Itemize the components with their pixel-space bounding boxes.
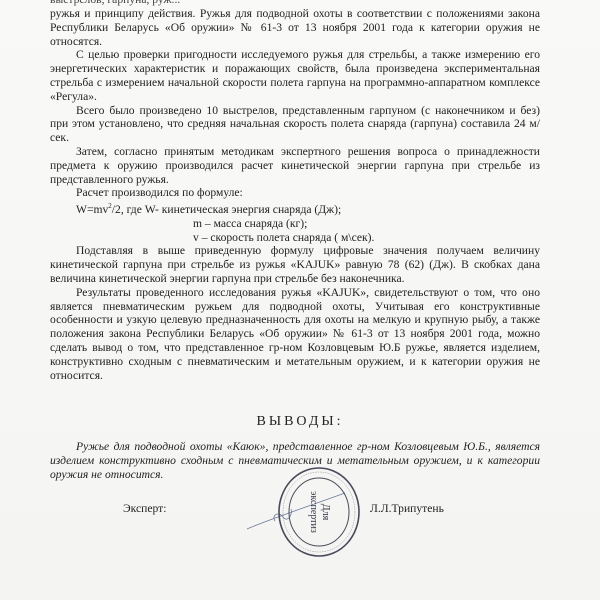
cut-off-top-line: выстрелов, гарпуна, руж... <box>50 0 540 7</box>
body-text: ружья и принципу действия. Ружья для под… <box>50 7 540 382</box>
expert-name: Л.Л.Трипутень <box>370 502 444 515</box>
expert-label: Эксперт: <box>123 502 166 515</box>
official-stamp: Для экспертиз <box>276 465 362 559</box>
svg-text:экспертиз: экспертиз <box>308 491 319 533</box>
paragraph-1: ружья и принципу действия. Ружья для под… <box>50 7 540 48</box>
paragraph-7: Результаты проведенного исследования руж… <box>50 286 540 383</box>
formula: W=mv2/2, где W- кинетическая энергия сна… <box>50 200 540 217</box>
paragraph-2: С целью проверки пригодности исследуемог… <box>50 48 540 103</box>
svg-text:Для: Для <box>320 504 331 521</box>
document-page: выстрелов, гарпуна, руж... ружья и принц… <box>0 0 600 600</box>
paragraph-6: Подставляя в выше приведенную формулу ци… <box>50 244 540 285</box>
paragraph-4: Затем, согласно принятым методикам экспе… <box>50 145 540 186</box>
formula-m-definition: m – масса снаряда (кг); <box>50 217 540 231</box>
formula-v-definition: v – скорость полета снаряда ( м\сек). <box>50 231 540 245</box>
conclusions-heading: ВЫВОДЫ: <box>0 414 600 430</box>
paragraph-3: Всего было произведено 10 выстрелов, пре… <box>50 104 540 145</box>
paragraph-5: Расчет производился по формуле: <box>50 186 540 200</box>
